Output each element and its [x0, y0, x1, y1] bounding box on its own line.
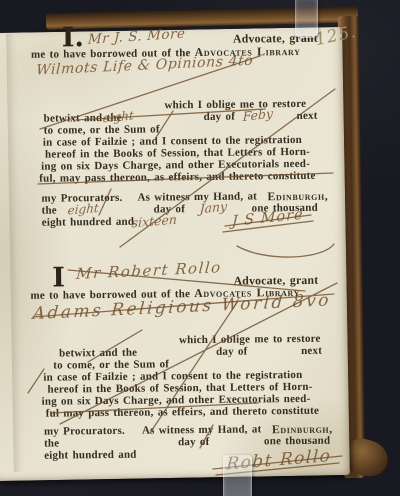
form2-one-thousand: one thousand — [264, 435, 330, 448]
form2-betwixt: betwixt and the — [59, 347, 137, 360]
form2-next: next — [301, 345, 322, 357]
form1-next: next — [297, 110, 318, 122]
form2-initial: I — [52, 267, 65, 289]
scanned-library-ledger-page: 125. I. Mr J. S. More Advocate, grant me… — [0, 0, 400, 496]
form2-the: the — [44, 437, 59, 449]
form2-borrower-name: Mr Robert Rollo — [76, 258, 223, 283]
archival-tab-bottom — [223, 455, 252, 496]
form1-eight-hundred: eight hundred and — [42, 216, 135, 229]
form1-oblige-line: which I oblige me to restore — [164, 98, 306, 111]
form2-failzie-4: ful may pass thereon, as effeirs, and th… — [46, 405, 319, 420]
form1-signed-day: eight — [67, 201, 99, 218]
archival-tab-top — [295, 0, 318, 38]
page-content: I. Mr J. S. More Advocate, grant me to h… — [0, 0, 400, 496]
form1-failzie-4: ful, may pass thereon, as effeirs, and t… — [39, 170, 315, 185]
form2-witness: As witness my Hand, at — [142, 423, 262, 436]
form1-day-of: day of — [204, 111, 236, 123]
form2-procurators: my Procurators. — [44, 425, 125, 438]
form1-signature: J S More — [232, 207, 304, 230]
form2-eight-hundred: eight hundred and — [44, 449, 137, 462]
form1-witness: As witness my Hand, at — [137, 190, 257, 203]
form2-day-of-2: day of — [178, 436, 210, 448]
form1-signed-year: sixteen — [131, 212, 177, 231]
form2-oblige-line: which I oblige me to restore — [179, 333, 321, 346]
form1-return-month: Feby — [243, 106, 274, 125]
form1-the: the — [42, 204, 57, 216]
form2-day-of: day of — [216, 346, 248, 358]
form1-signed-month: Jany — [199, 198, 227, 216]
